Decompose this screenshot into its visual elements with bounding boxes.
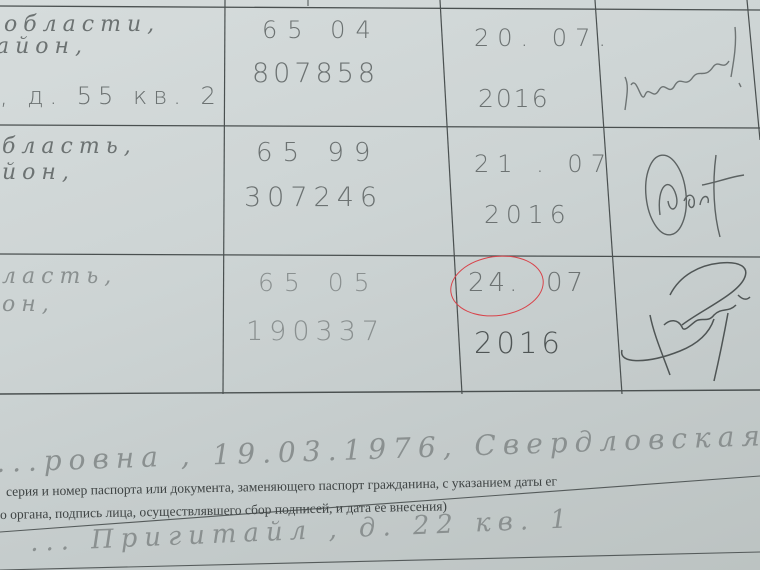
address-line-2: айон, bbox=[0, 34, 88, 59]
signature-2 bbox=[640, 145, 760, 245]
passport-number: 190337 bbox=[246, 316, 385, 347]
sign-date-day-month: 20. 07. bbox=[474, 24, 614, 52]
address-line-2: йон, bbox=[2, 160, 75, 185]
sign-date-year: 2016 bbox=[478, 84, 550, 113]
passport-series: 65 04 bbox=[262, 16, 381, 44]
signature-3 bbox=[610, 255, 760, 390]
address-line-1: ласть, bbox=[2, 264, 117, 289]
passport-series: 65 99 bbox=[256, 138, 380, 168]
signature-sheet-photo: области, айон, , д. 55 кв. 2 65 04 80785… bbox=[0, 0, 760, 570]
address-line-2: он, bbox=[2, 292, 55, 317]
address-line-3: , д. 55 кв. 2 bbox=[0, 82, 222, 110]
sign-date-year: 2016 bbox=[474, 326, 564, 360]
sign-date-year: 2016 bbox=[484, 200, 572, 229]
sign-date-month: 07 bbox=[546, 268, 587, 298]
passport-series: 65 05 bbox=[258, 268, 380, 297]
address-line-1: бласть, bbox=[2, 134, 137, 159]
sign-date-day-month: 21 . 07 bbox=[474, 150, 614, 178]
passport-number: 307246 bbox=[244, 182, 383, 213]
passport-number: 807858 bbox=[252, 58, 379, 89]
signature-1 bbox=[615, 15, 760, 125]
